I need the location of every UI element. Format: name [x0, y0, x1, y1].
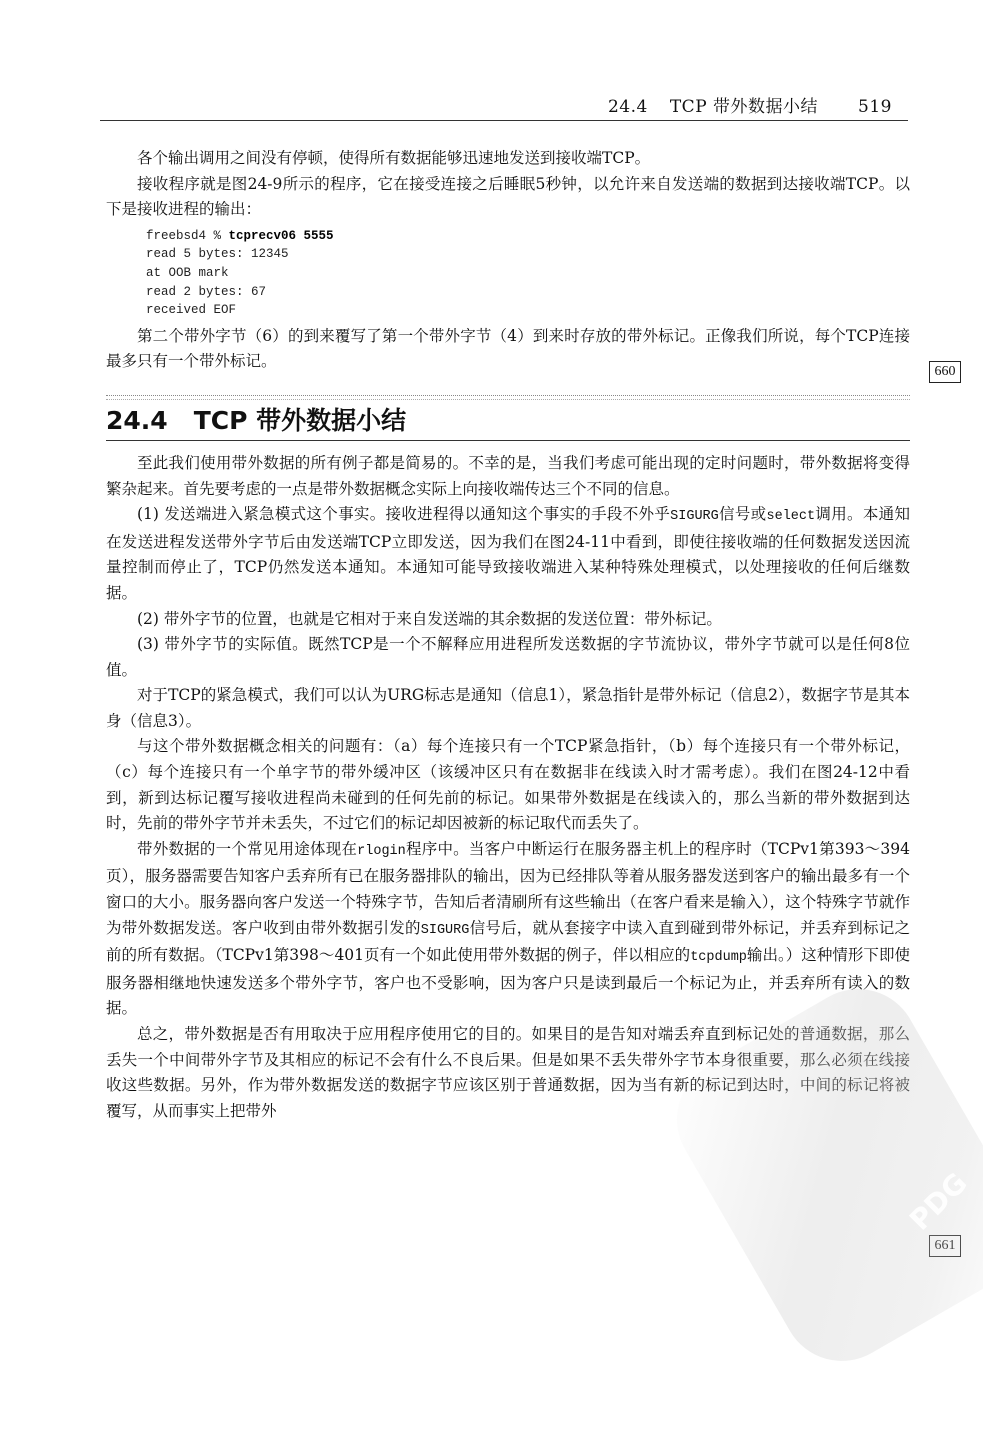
section-rule-bottom [106, 440, 910, 441]
running-head-section: 24.4 [608, 97, 648, 117]
section-title: 24.4TCP 带外数据小结 [106, 404, 910, 438]
paragraph: 各个输出调用之间没有停顿，使得所有数据能够迅速地发送到接收端TCP。 [106, 146, 910, 172]
paragraph: (1) 发送端进入紧急模式这个事实。接收进程得以通知这个事实的手段不外乎SIGU… [106, 502, 910, 606]
paragraph: 带外数据的一个常见用途体现在rlogin程序中。当客户中断运行在服务器主机上的程… [106, 837, 910, 1022]
paragraph: 至此我们使用带外数据的所有例子都是简易的。不幸的是，当我们考虑可能出现的定时问题… [106, 451, 910, 502]
paragraph: (2) 带外字节的位置，也就是它相对于来自发送端的其余数据的发送位置：带外标记。 [106, 607, 910, 633]
inline-code: SIGURG [670, 509, 719, 524]
watermark-text: PDG [903, 1166, 974, 1237]
running-head-text: 24.4TCP 带外数据小结519 [586, 92, 892, 117]
margin-page-ref: 661 [929, 1235, 961, 1257]
section-heading: 24.4TCP 带外数据小结 [106, 395, 910, 441]
code-output-line: read 2 bytes: 67 [146, 285, 266, 299]
page-content: 各个输出调用之间没有停顿，使得所有数据能够迅速地发送到接收端TCP。 接收程序就… [106, 146, 910, 1124]
running-head: 24.4TCP 带外数据小结519 [100, 88, 908, 121]
shell-prompt: freebsd4 % [146, 229, 229, 243]
paragraph: 第二个带外字节（6）的到来覆写了第一个带外字节（4）到来时存放的带外标记。正像我… [106, 324, 910, 375]
inline-code: SIGURG [421, 923, 470, 938]
code-listing: freebsd4 % tcprecv06 5555 read 5 bytes: … [146, 227, 910, 320]
inline-code: select [767, 509, 816, 524]
paragraph: 接收程序就是图24-9所示的程序，它在接受连接之后睡眠5秒钟，以允许来自发送端的… [106, 172, 910, 223]
paragraph: 对于TCP的紧急模式，我们可以认为URG标志是通知（信息1），紧急指针是带外标记… [106, 683, 910, 734]
inline-code: rlogin [357, 844, 406, 859]
text-run: 带外数据的一个常见用途体现在 [137, 840, 357, 858]
code-output-line: read 5 bytes: 12345 [146, 247, 289, 261]
paragraph: 与这个带外数据概念相关的问题有：（a）每个连接只有一个TCP紧急指针，（b）每个… [106, 734, 910, 836]
paragraph: 总之，带外数据是否有用取决于应用程序使用它的目的。如果目的是告知对端丢弃直到标记… [106, 1022, 910, 1124]
running-head-title: TCP 带外数据小结 [670, 97, 818, 117]
section-title-text: TCP 带外数据小结 [194, 406, 406, 435]
code-output-line: received EOF [146, 303, 236, 317]
section-number: 24.4 [106, 406, 168, 435]
section-rule-top [106, 395, 910, 400]
shell-command: tcprecv06 5555 [229, 229, 334, 243]
inline-code: tcpdump [690, 950, 747, 965]
text-run: 信号或 [719, 505, 767, 523]
text-run: (1) 发送端进入紧急模式这个事实。接收进程得以通知这个事实的手段不外乎 [137, 505, 670, 523]
paragraph: (3) 带外字节的实际值。既然TCP是一个不解释应用进程所发送数据的字节流协议，… [106, 632, 910, 683]
margin-page-ref: 660 [929, 361, 961, 383]
code-output-line: at OOB mark [146, 266, 229, 280]
page-number: 519 [858, 97, 892, 117]
